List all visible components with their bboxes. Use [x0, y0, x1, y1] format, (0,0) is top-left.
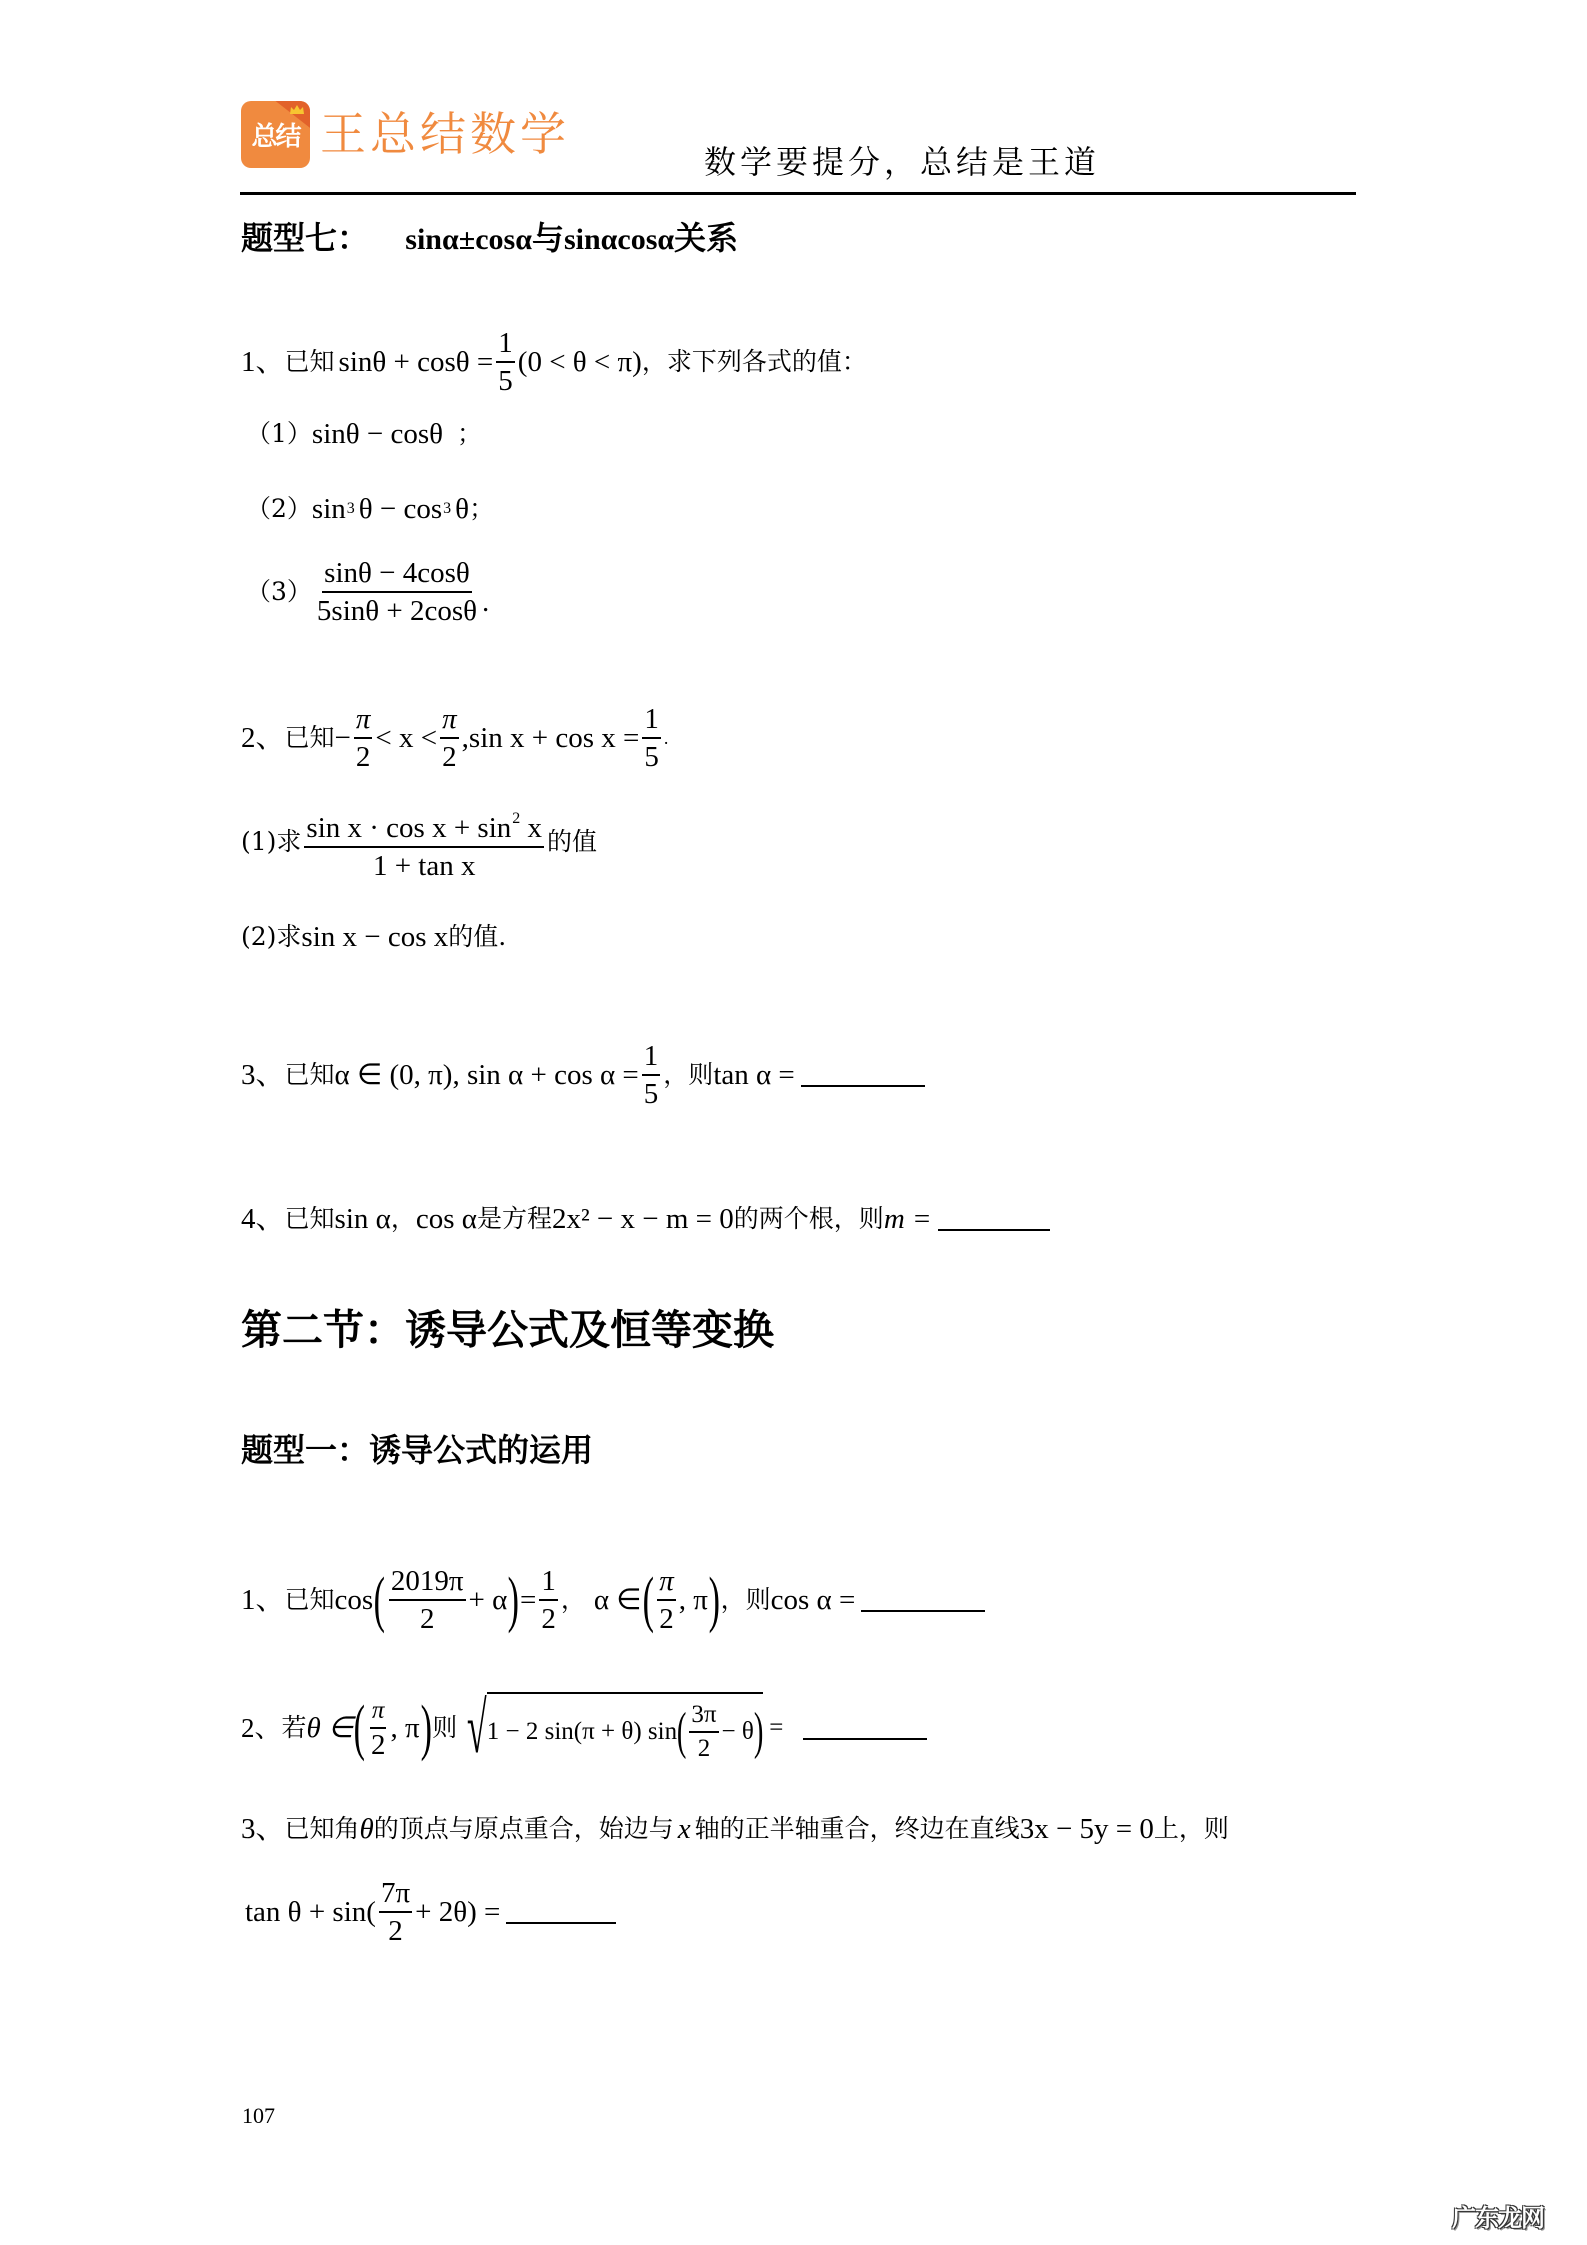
fraction: π 2	[354, 703, 373, 773]
part-label: （3）	[246, 575, 312, 609]
separator: ，	[561, 1583, 586, 1617]
fraction: 1 5	[496, 327, 515, 397]
left-paren: (	[374, 1569, 385, 1631]
math-expression: + α	[469, 1583, 508, 1617]
question-expression: tan θ + sin(	[245, 1895, 376, 1929]
problem-1-part-1: （1） sinθ − cosθ ；	[246, 417, 482, 451]
fraction: 1 5	[642, 703, 661, 773]
math-expression: ,sin x + cos x =	[462, 721, 640, 755]
left-paren: (	[642, 1569, 653, 1631]
fraction: 7π 2	[379, 1877, 412, 1947]
math-expression: sin α	[335, 1202, 391, 1236]
problem-number: 1、	[241, 345, 285, 379]
lead-text: 已知	[285, 1583, 335, 1617]
heading-math-1: sinα±cosα	[405, 223, 532, 256]
tail-text: 的值.	[448, 920, 506, 954]
numerator: 7π	[379, 1877, 412, 1913]
denominator: 5sinθ + 2cosθ	[315, 593, 479, 627]
question-expression: + 2θ) =	[415, 1895, 500, 1929]
fraction: 1 2	[539, 1565, 558, 1635]
left-paren: (	[677, 1701, 687, 1763]
lead-text: 已知	[285, 1202, 335, 1236]
problem-1: 1、 已知 sinθ + cosθ = 1 5 (0 < θ < π) ，求下列…	[241, 326, 867, 398]
question-expression: m =	[884, 1202, 932, 1236]
right-paren: )	[754, 1701, 764, 1763]
problem-1-part-3: （3） sinθ − 4cosθ 5sinθ + 2cosθ .	[246, 552, 489, 632]
problem-number: 2、	[241, 721, 285, 755]
problem-number: 3、	[241, 1812, 285, 1846]
part-label: (1)求	[241, 825, 301, 859]
numerator: sin x · cos x + sin2 x	[304, 803, 544, 848]
problem-1-part-2: （2） sin3 θ − cos3 θ ；	[246, 492, 494, 526]
s2-problem-3-question: tan θ + sin( 7π 2 + 2θ) =	[245, 1876, 616, 1948]
denominator: 2	[386, 1913, 405, 1947]
denominator: 2	[657, 1601, 676, 1635]
part-label: (2)求	[241, 920, 301, 954]
denominator: 2	[354, 739, 373, 773]
header-divider	[240, 192, 1356, 195]
tail-text: 的两个根，则	[734, 1202, 884, 1236]
tail-text: ，则	[721, 1583, 771, 1617]
numerator: 2019π	[389, 1565, 466, 1601]
answer-blank[interactable]	[938, 1207, 1050, 1231]
text: 的顶点与原点重合，始边与	[374, 1812, 674, 1846]
type-seven-heading: 题型七： sinα±cosα与sinαcosα关系	[241, 218, 738, 260]
text: 上，则	[1154, 1812, 1229, 1846]
math-expression: , π	[390, 1711, 419, 1745]
right-paren: )	[420, 1697, 431, 1759]
right-paren: )	[709, 1569, 720, 1631]
fraction: 1 5	[642, 1040, 661, 1110]
part-label: （2）	[246, 492, 312, 526]
text: 轴的正半轴重合，终边在直线	[695, 1812, 1020, 1846]
math-expression: < x <	[375, 721, 437, 755]
fraction: π 2	[369, 1697, 388, 1759]
denominator: 2	[418, 1601, 437, 1635]
logo-text: 总结	[241, 119, 310, 155]
math-expression: θ ∈	[307, 1711, 354, 1745]
numerator: π	[657, 1565, 676, 1601]
heading-prefix: 题型七：	[241, 219, 369, 257]
punctuation: ；	[457, 417, 482, 451]
radicand-text: 1 − 2 sin(π + θ) sin	[487, 1715, 677, 1749]
minus-sign: −	[335, 721, 351, 755]
fraction: sinθ − 4cosθ 5sinθ + 2cosθ	[315, 557, 479, 627]
denominator: 5	[642, 1076, 661, 1110]
fraction: 3π 2	[689, 1701, 718, 1763]
problem-2-part-2: (2)求 sin x − cos x 的值.	[241, 920, 506, 954]
left-paren: (	[354, 1697, 365, 1759]
problem-number: 4、	[241, 1202, 285, 1236]
logo-badge: 总结	[241, 101, 310, 168]
heading-mid: 与	[532, 219, 564, 257]
denominator: 1 + tan x	[371, 848, 478, 882]
math-expression: , π	[679, 1583, 708, 1617]
math-expression: θ − cos	[359, 492, 442, 526]
punctuation: .	[482, 585, 489, 619]
tail-text: 的值	[547, 825, 597, 859]
equals-sign: =	[520, 1583, 536, 1617]
fraction: π 2	[440, 703, 459, 773]
s2-problem-1: 1、 已知 cos ( 2019π 2 + α ) = 1 2 ， α ∈ ( …	[241, 1560, 985, 1640]
heading-math-2: sinαcosα	[564, 223, 674, 256]
numerator: 1	[642, 703, 661, 739]
type-one-heading: 题型一：诱导公式的运用	[241, 1430, 593, 1470]
denominator: 5	[496, 363, 515, 397]
numerator: sinθ − 4cosθ	[322, 557, 472, 593]
answer-blank[interactable]	[861, 1588, 985, 1612]
problem-number: 3、	[241, 1058, 285, 1092]
section-title: 第二节：诱导公式及恒等变换	[241, 1305, 774, 1355]
problem-4: 4、 已知 sin α ， cos α 是方程 2x² − x − m = 0 …	[241, 1202, 1050, 1236]
variable: x	[678, 1812, 691, 1846]
problem-2-part-1: (1)求 sin x · cos x + sin2 x 1 + tan x 的值	[241, 806, 597, 878]
radicand: 1 − 2 sin(π + θ) sin ( 3π 2 − θ )	[487, 1692, 763, 1764]
answer-blank[interactable]	[801, 1063, 925, 1087]
radicand-text: − θ	[722, 1715, 754, 1749]
numerator: π	[440, 703, 459, 739]
math-expression: sinθ + cosθ =	[339, 345, 494, 379]
denominator: 2	[369, 1729, 388, 1759]
denominator: 5	[642, 739, 661, 773]
numerator: 1	[496, 327, 515, 363]
numerator: 3π	[689, 1701, 718, 1733]
problem-number: 2、	[241, 1711, 282, 1745]
numerator: 1	[642, 1040, 661, 1076]
denominator: 2	[696, 1733, 713, 1763]
exponent: 3	[443, 492, 451, 526]
tagline: 数学要提分，总结是王道	[704, 142, 1100, 182]
separator: ，	[391, 1202, 416, 1236]
s2-problem-2: 2、 若 θ ∈ ( π 2 , π ) 则 √ 1 − 2 sin(π + θ…	[241, 1686, 927, 1770]
part-label: （1）	[246, 417, 312, 451]
punctuation: .	[664, 721, 669, 755]
math-expression: cos α	[416, 1202, 477, 1236]
variable: θ	[360, 1812, 374, 1846]
radical-sign: √	[467, 1692, 487, 1764]
fraction: 2019π 2	[389, 1565, 466, 1635]
numerator: π	[370, 1697, 387, 1729]
math-expression: sin x − cos x	[301, 920, 448, 954]
question-expression: tan α =	[713, 1058, 794, 1092]
answer-blank[interactable]	[506, 1900, 616, 1924]
numerator-text: sin x · cos x + sin	[306, 812, 511, 844]
lead-text: 已知	[285, 721, 335, 755]
numerator: 1	[539, 1565, 558, 1601]
problem-2: 2、 已知 − π 2 < x < π 2 ,sin x + cos x = 1…	[241, 702, 668, 774]
lead-text: 已知	[285, 345, 335, 379]
heading-suffix: 关系	[674, 219, 738, 257]
fraction: π 2	[657, 1565, 676, 1635]
equals-sign: =	[769, 1711, 783, 1745]
page-number: 107	[242, 2103, 275, 2129]
math-expression: α ∈	[594, 1583, 642, 1617]
math-expression: θ	[455, 492, 469, 526]
problem-3: 3、 已知 α ∈ (0, π), sin α + cos α = 1 5 ，则…	[241, 1039, 925, 1111]
then-text: 则	[432, 1711, 457, 1745]
tail-text: ，求下列各式的值：	[642, 345, 867, 379]
square-root: √ 1 − 2 sin(π + θ) sin ( 3π 2 − θ )	[457, 1692, 763, 1764]
crown-icon	[289, 104, 305, 116]
function-name: cos	[335, 1583, 374, 1617]
denominator: 2	[539, 1601, 558, 1635]
brand-name: 王总结数学	[320, 106, 570, 162]
mid-text: 是方程	[477, 1202, 552, 1236]
lead-text: 若	[282, 1711, 307, 1745]
equation: 2x² − x − m = 0	[552, 1202, 734, 1236]
condition: (0 < θ < π)	[518, 345, 642, 379]
tail-text: ，则	[663, 1058, 713, 1092]
denominator: 2	[440, 739, 459, 773]
math-expression: sinθ − cosθ	[312, 417, 443, 451]
fraction: sin x · cos x + sin2 x 1 + tan x	[304, 803, 544, 882]
punctuation: ；	[469, 492, 494, 526]
question-expression: cos α =	[771, 1583, 856, 1617]
problem-number: 1、	[241, 1583, 285, 1617]
answer-blank[interactable]	[803, 1716, 927, 1740]
equation: 3x − 5y = 0	[1020, 1812, 1154, 1846]
exponent: 3	[347, 492, 355, 526]
text: 已知角	[285, 1812, 360, 1846]
s2-problem-3: 3、 已知角 θ 的顶点与原点重合，始边与 x 轴的正半轴重合，终边在直线 3x…	[241, 1812, 1229, 1846]
numerator: π	[354, 703, 373, 739]
right-paren: )	[508, 1569, 519, 1631]
lead-text: 已知	[285, 1058, 335, 1092]
watermark: 广东龙网	[1452, 2198, 1544, 2233]
numerator-text: x	[520, 812, 542, 844]
math-expression: α ∈ (0, π), sin α + cos α =	[335, 1058, 639, 1092]
math-expression: sin	[312, 492, 346, 526]
